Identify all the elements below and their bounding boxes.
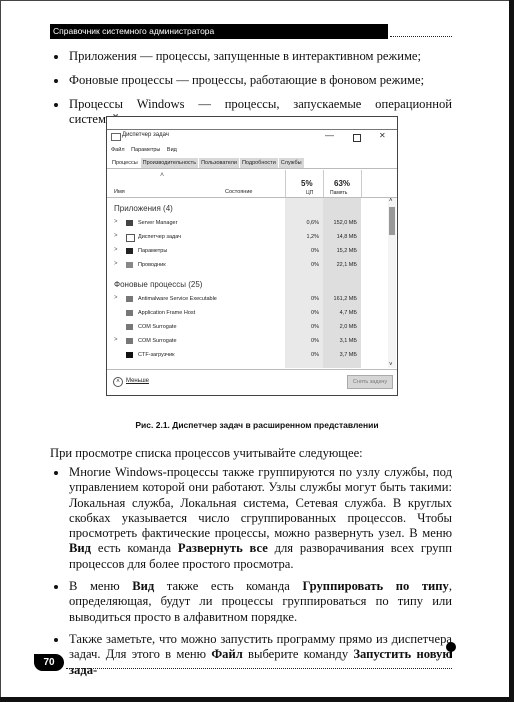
table-row[interactable]: Application Frame Host 0% 4,7 МБ <box>107 308 389 320</box>
list-item: Многие Windows-процессы также группируют… <box>50 465 452 572</box>
table-row[interactable]: > Диспетчер задач 1,2% 14,8 МБ <box>107 232 389 244</box>
table-row[interactable]: > Параметры 0% 15,2 МБ <box>107 246 389 258</box>
expand-chevron-icon[interactable]: > <box>114 295 118 301</box>
task-manager-screenshot: Диспетчер задач — ✕ Файл Параметры Вид П… <box>106 116 398 396</box>
table-row[interactable]: COM Surrogate 0% 2,0 МБ <box>107 322 389 334</box>
menu-options[interactable]: Параметры <box>131 147 160 153</box>
page-edge-left <box>0 0 1 702</box>
expand-chevron-icon[interactable]: > <box>114 233 118 239</box>
sort-arrow-icon: ˄ <box>160 172 164 179</box>
table-row[interactable]: CTF-загрузчик 0% 3,7 МБ <box>107 350 389 362</box>
expand-chevron-icon[interactable]: > <box>114 337 118 343</box>
maximize-button[interactable] <box>353 134 361 142</box>
scroll-up-icon[interactable]: ˄ <box>389 198 393 204</box>
task-manager-icon <box>126 234 135 242</box>
group-background-title: Фоновые процессы (25) <box>114 280 202 289</box>
figure-caption: Рис. 2.1. Диспетчер задач в расширенном … <box>0 420 514 430</box>
page-edge-top <box>0 0 514 1</box>
column-divider <box>361 170 362 197</box>
page-edge-right <box>509 0 514 702</box>
vertical-scrollbar[interactable]: ˄ ˅ <box>388 198 396 368</box>
process-list: Приложения (4) > Server Manager 0,6% 152… <box>107 198 389 368</box>
tab-divider <box>107 168 397 169</box>
running-head-dotted-rule <box>390 36 452 37</box>
column-divider <box>285 170 286 197</box>
list-item: В меню Вид также есть команда Группирова… <box>50 579 452 625</box>
service-window-icon <box>126 310 133 316</box>
title-bar: Диспетчер задач — ✕ <box>107 130 397 143</box>
column-name[interactable]: Имя <box>114 189 125 195</box>
fewer-details-link[interactable]: Меньше <box>126 378 149 384</box>
tab-details[interactable]: Подробности <box>240 158 278 168</box>
end-task-button[interactable]: Снять задачу <box>347 375 393 389</box>
window-title: Диспетчер задач <box>122 132 169 138</box>
service-window-icon <box>126 324 133 330</box>
table-row[interactable]: > COM Surrogate 0% 3,1 МБ <box>107 336 389 348</box>
list-item: Приложения — процессы, запущенные в инте… <box>50 49 452 64</box>
pin-marker-stem <box>450 650 452 658</box>
minimize-button[interactable]: — <box>325 130 334 140</box>
tab-processes[interactable]: Процессы <box>110 158 140 168</box>
cpu-total: 5% <box>301 179 313 188</box>
memory-total: 63% <box>334 179 350 188</box>
group-apps-title: Приложения (4) <box>114 204 173 213</box>
running-head: Справочник системного администратора <box>50 24 388 39</box>
tab-services[interactable]: Службы <box>279 158 304 168</box>
column-memory[interactable]: Память <box>330 190 347 196</box>
page-number: 70 <box>34 654 64 671</box>
table-row[interactable]: > Server Manager 0,6% 152,0 МБ <box>107 218 389 230</box>
task-manager-icon <box>111 133 121 141</box>
expand-chevron-icon[interactable]: > <box>114 219 118 225</box>
pen-keyboard-icon <box>126 352 133 358</box>
column-status[interactable]: Состояние <box>225 189 252 195</box>
column-header: ˄ Имя Состояние 5% ЦП 63% Память <box>107 170 397 198</box>
tab-bar: Процессы Производительность Пользователи… <box>110 158 305 168</box>
folder-icon <box>126 262 133 268</box>
close-button[interactable]: ✕ <box>379 131 386 140</box>
menu-file[interactable]: Файл <box>111 147 125 153</box>
notes-list: Многие Windows-процессы также группируют… <box>50 465 452 685</box>
intro-paragraph: При просмотре списка процессов учитывайт… <box>50 446 452 461</box>
server-manager-icon <box>126 220 133 226</box>
service-window-icon <box>126 296 133 302</box>
scroll-down-icon[interactable]: ˅ <box>389 362 393 368</box>
window-top-strip <box>107 117 397 130</box>
list-item: Фоновые процессы — процессы, работающие … <box>50 73 452 88</box>
service-window-icon <box>126 338 133 344</box>
expand-chevron-icon[interactable]: > <box>114 261 118 267</box>
column-cpu[interactable]: ЦП <box>306 190 313 196</box>
menu-bar: Файл Параметры Вид <box>111 147 182 153</box>
page-edge-bottom <box>0 697 514 702</box>
table-row[interactable]: > Проводник 0% 22,1 МБ <box>107 260 389 272</box>
table-row[interactable]: > Antimalware Service Executable 0% 161,… <box>107 294 389 306</box>
tab-performance[interactable]: Производительность <box>141 158 198 168</box>
footer-dotted-rule <box>66 668 452 669</box>
scroll-thumb[interactable] <box>389 207 395 235</box>
settings-gear-icon <box>126 248 133 254</box>
column-divider <box>323 170 324 197</box>
tab-users[interactable]: Пользователи <box>199 158 239 168</box>
window-footer: ˄ Меньше Снять задачу <box>107 369 397 396</box>
list-item: Также заметьте, что можно запустить прог… <box>50 632 452 678</box>
expand-chevron-icon[interactable]: > <box>114 247 118 253</box>
menu-view[interactable]: Вид <box>167 147 177 153</box>
chevron-up-circle-icon[interactable]: ˄ <box>113 377 123 387</box>
